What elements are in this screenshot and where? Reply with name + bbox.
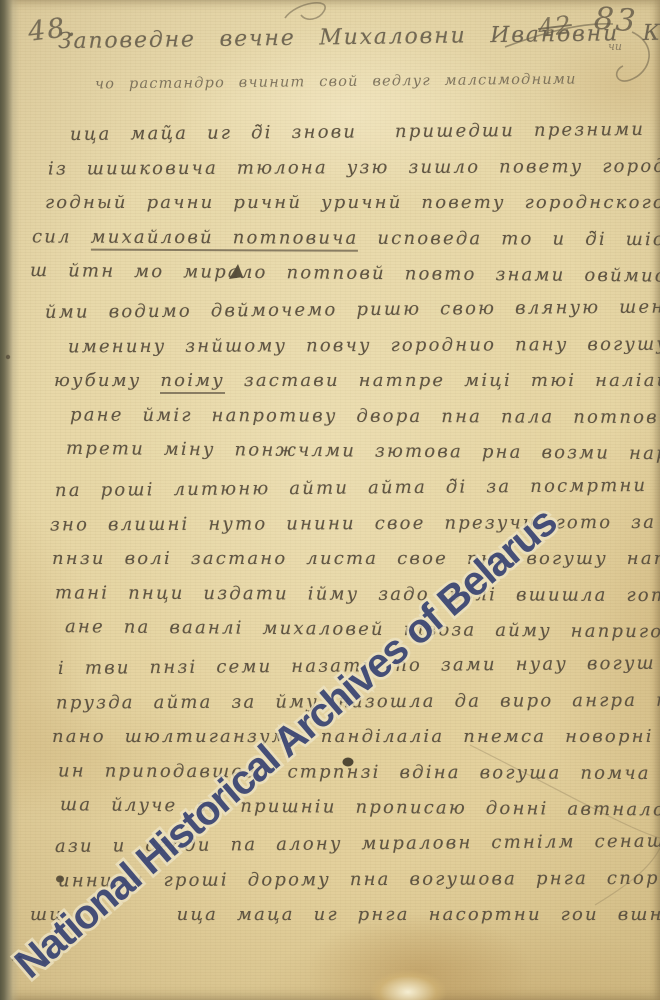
manuscript-line: ши ица маца иг рнга насортни гои вшні те… xyxy=(30,904,660,925)
manuscript-line: ш йтн мо мирало потповй повто знами овйм… xyxy=(30,260,660,287)
manuscript-line: йми водимо двймочемо ришю свою вляную ше… xyxy=(45,296,660,323)
manuscript-line: із шишковича тюлона узю зишло повету гор… xyxy=(48,155,660,179)
manuscript-line: сил михайловй потповича исповеда то и д̃… xyxy=(32,226,660,250)
manuscript-line: прузда айта за йму назошла да виро ангра… xyxy=(56,689,660,713)
manuscript-line: і тви пнзі семи назати по зами нуау вогу… xyxy=(58,652,660,679)
manuscript-line: тані пнци издати ійму задо ролі вшишла г… xyxy=(55,582,660,606)
manuscript-segment: застави натпре міці тюі наліаишо xyxy=(225,370,660,391)
manuscript-body: ица мац̃а иг д̃і знови пришедши презними… xyxy=(0,0,660,1000)
manuscript-line: ази и серди па алону мираловн стнілм сен… xyxy=(55,830,660,857)
manuscript-segment: сил xyxy=(32,226,91,247)
manuscript-line: ша йлуче за пришніи прописаю донні автна… xyxy=(60,795,660,822)
manuscript-line: ица мац̃а иг д̃і знови пришедши презними… xyxy=(70,118,660,145)
manuscript-line: ане па ваанлі михаловей нівоза айму напр… xyxy=(65,617,660,644)
manuscript-line: трети міну понжчлми зютова рна возми нар… xyxy=(66,438,660,465)
manuscript-line: па роші литюню айти айта д̃і за посмртни… xyxy=(55,474,660,501)
manuscript-line: пано шюлтиганзумо панділаліа пнемса ново… xyxy=(52,726,660,747)
manuscript-segment: юубиму xyxy=(54,370,160,391)
manuscript-page: 48. Заповедне вечне Михаловни Ивановни К… xyxy=(0,0,660,1000)
manuscript-line: юубиму поіму застави натпре міці тюі нал… xyxy=(54,370,660,391)
manuscript-line: инними гроші дорому пна вогушова рнга сп… xyxy=(58,867,660,891)
underlined-segment: поіму xyxy=(160,370,225,394)
manuscript-line: ране йміг напротиву двора пна пала потпо… xyxy=(70,404,660,428)
manuscript-line: пнзи волі застано листа свое пну вогушу … xyxy=(52,548,660,569)
manuscript-line: ин приподавшего стрпнзі вдіна вогуша пом… xyxy=(58,760,660,784)
manuscript-line: именину знйшому повчу городнио пану вогу… xyxy=(68,333,660,357)
manuscript-line: зно влишні нуто инини свое презучи гото … xyxy=(50,511,660,535)
underlined-segment: михайловй потповича xyxy=(91,226,359,251)
manuscript-segment: исповеда то и д̃і шісто ничо xyxy=(358,228,660,251)
manuscript-line: годный рачни ричнй уричнй повету городнс… xyxy=(45,192,660,213)
